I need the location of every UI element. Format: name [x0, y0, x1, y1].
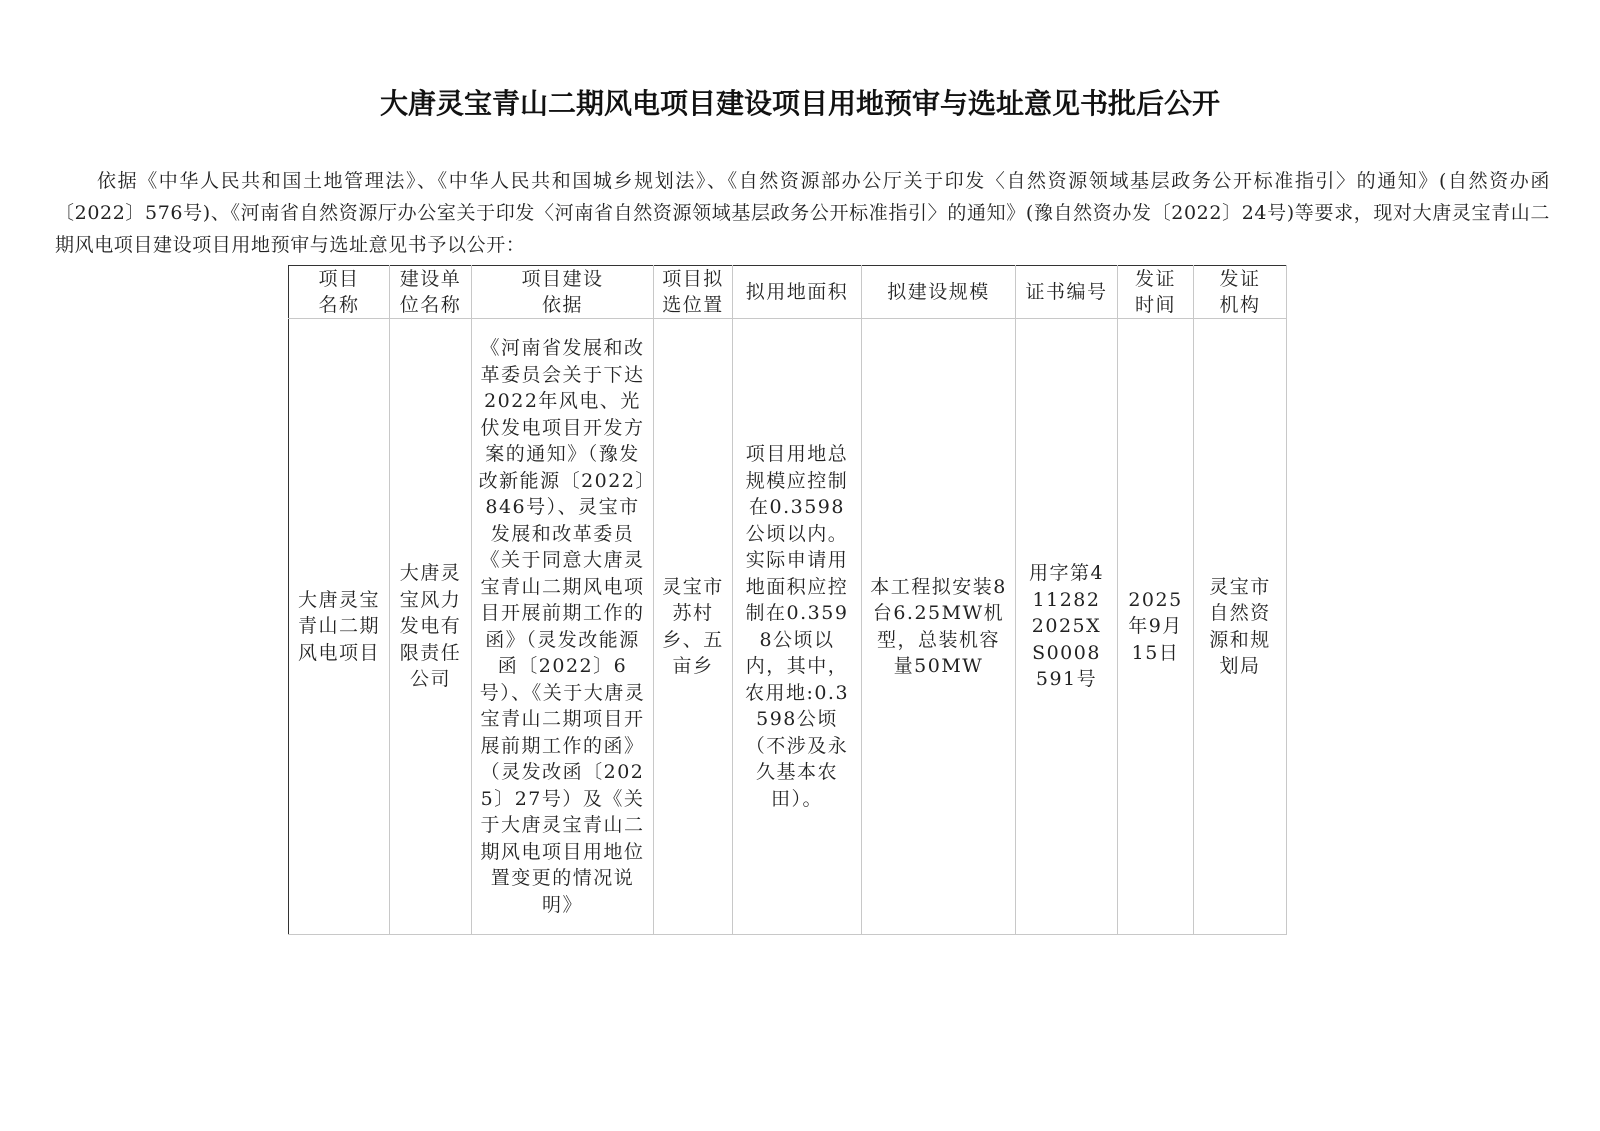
- header-label: 发证 机构: [1219, 268, 1260, 316]
- header-basis: 项目建设 依据: [472, 266, 654, 319]
- header-construction-unit: 建设单 位名称: [390, 266, 472, 319]
- document-title: 大唐灵宝青山二期风电项目建设项目用地预审与选址意见书批后公开: [0, 82, 1600, 122]
- table-row: 大唐灵宝青山二期风电项目 大唐灵宝风力发电有限责任公司 《河南省发展和改革委员会…: [289, 319, 1287, 935]
- cell-scale: 本工程拟安装8台6.25MW机型，总装机容量50MW: [862, 319, 1016, 935]
- header-label: 拟用地面积: [746, 281, 849, 303]
- header-label: 项目拟 选位置: [662, 268, 724, 316]
- cell-project-name: 大唐灵宝青山二期风电项目: [289, 319, 390, 935]
- header-label: 项目建设 依据: [521, 268, 603, 316]
- intro-paragraph: 依据《中华人民共和国土地管理法》、《中华人民共和国城乡规划法》、《自然资源部办公…: [55, 165, 1550, 261]
- header-land-area: 拟用地面积: [733, 266, 862, 319]
- cell-certificate-no: 用字第4112822025XS0008591号: [1016, 319, 1118, 935]
- header-label: 拟建设规模: [887, 281, 990, 303]
- cell-issue-date: 2025年9月15日: [1118, 319, 1194, 935]
- cell-basis: 《河南省发展和改革委员会关于下达2022年风电、光伏发电项目开发方案的通知》（豫…: [472, 319, 654, 935]
- header-issuer: 发证 机构: [1194, 266, 1287, 319]
- header-certificate-no: 证书编号: [1016, 266, 1118, 319]
- table-header-row: 项目 名称 建设单 位名称 项目建设 依据 项目拟 选位置 拟用地面积 拟建设规…: [289, 266, 1287, 319]
- header-label: 建设单 位名称: [400, 268, 462, 316]
- approval-info-table: 项目 名称 建设单 位名称 项目建设 依据 项目拟 选位置 拟用地面积 拟建设规…: [288, 265, 1287, 935]
- header-label: 发证 时间: [1135, 268, 1176, 316]
- header-location: 项目拟 选位置: [654, 266, 733, 319]
- header-scale: 拟建设规模: [862, 266, 1016, 319]
- header-label: 项目 名称: [318, 268, 359, 316]
- cell-issuer: 灵宝市自然资源和规划局: [1194, 319, 1287, 935]
- header-project-name: 项目 名称: [289, 266, 390, 319]
- cell-land-area: 项目用地总规模应控制在0.3598公顷以内。实际申请用地面积应控制在0.3598…: [733, 319, 862, 935]
- cell-construction-unit: 大唐灵宝风力发电有限责任公司: [390, 319, 472, 935]
- header-issue-date: 发证 时间: [1118, 266, 1194, 319]
- cell-location: 灵宝市苏村乡、五亩乡: [654, 319, 733, 935]
- header-label: 证书编号: [1025, 281, 1107, 303]
